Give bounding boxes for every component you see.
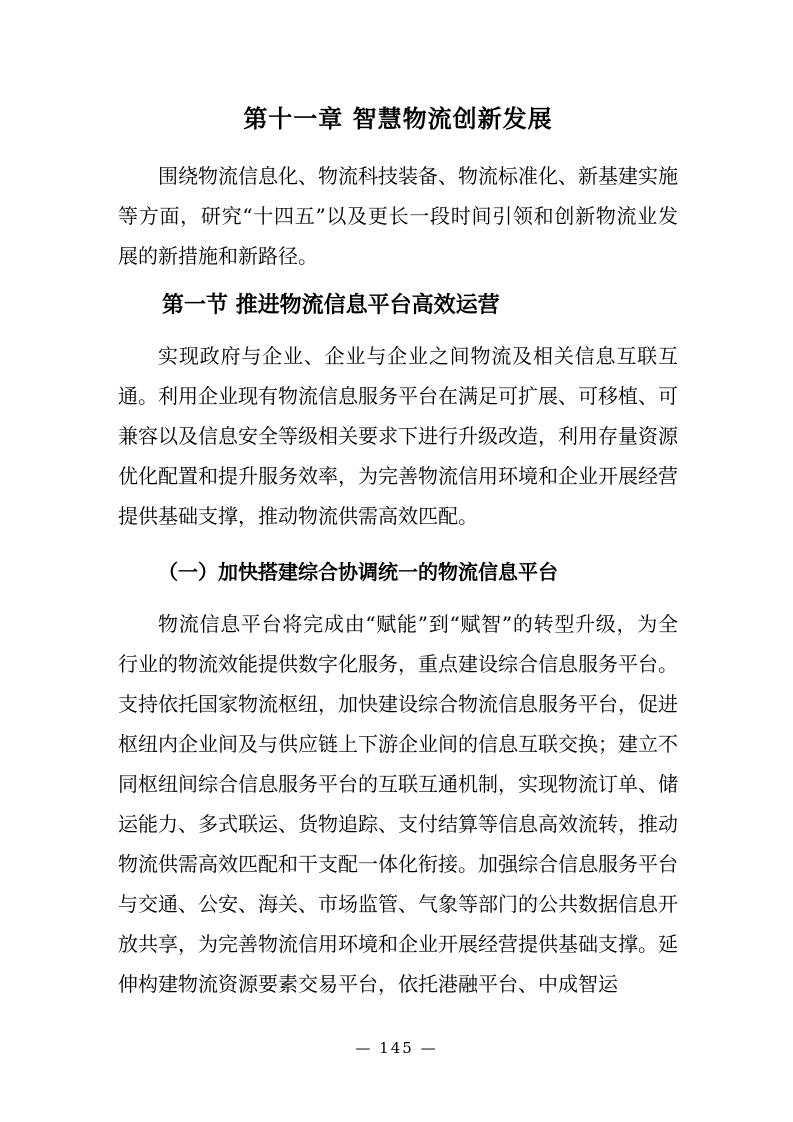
document-page: 第十一章 智慧物流创新发展 围绕物流信息化、物流科技装备、物流标准化、新基建实施…: [0, 0, 793, 1122]
chapter-intro-paragraph: 围绕物流信息化、物流科技装备、物流标准化、新基建实施等方面，研究“十四五”以及更…: [118, 156, 678, 276]
section-1-heading: 第一节 推进物流信息平台高效运营: [118, 290, 678, 322]
section-1-paragraph: 实现政府与企业、企业与企业之间物流及相关信息互联互通。利用企业现有物流信息服务平…: [118, 336, 678, 536]
subsection-1-paragraph: 物流信息平台将完成由“赋能”到“赋智”的转型升级，为全行业的物流效能提供数字化服…: [118, 604, 678, 1004]
page-content: 第十一章 智慧物流创新发展 围绕物流信息化、物流科技装备、物流标准化、新基建实施…: [118, 0, 678, 1004]
page-number: — 145 —: [0, 1038, 793, 1058]
subsection-1-heading: （一）加快搭建综合协调统一的物流信息平台: [118, 552, 678, 592]
chapter-title: 第十一章 智慧物流创新发展: [118, 0, 678, 138]
